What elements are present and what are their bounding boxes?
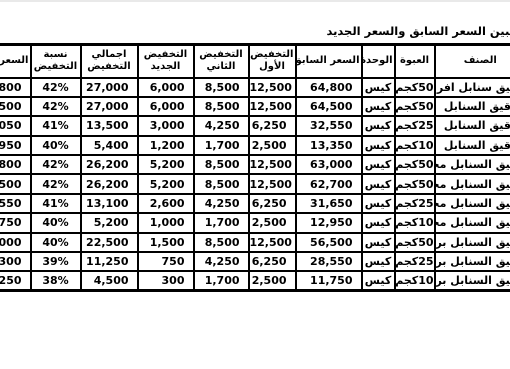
document-page: يبين السعر السابق والسعر الجديد الصنف ال… [0,0,510,369]
cell-discount-first: 12,500 [249,174,296,193]
cell-item: دقيق السنابل بر مطحون [435,252,510,271]
column-header-previous-price: السعر السابق [296,45,362,78]
cell-package: 50كجم [395,174,435,193]
table-row: دقيق السنابل بر مطحون25كجمكيس28,5506,250… [0,252,510,271]
price-comparison-table: الصنف العبوة الوحدة السعر السابق التخفيض… [0,43,510,292]
cell-item: دقيق سنابل افران [435,78,510,97]
cell-package: 50كجم [395,78,435,97]
cell-unit: كيس [362,116,395,135]
cell-discount-new: 3,000 [138,116,194,135]
cell-new-price: 37,500 [0,97,31,116]
cell-previous-price: 63,000 [296,155,362,174]
column-header-discount-first: التخفيض الأول [249,45,296,78]
cell-discount-second: 1,700 [194,213,249,232]
cell-discount-new: 300 [138,271,194,290]
cell-item: دقيق السنابل [435,116,510,135]
cell-discount-total: 22,500 [81,233,138,252]
cell-package: 50كجم [395,155,435,174]
table-header-row: الصنف العبوة الوحدة السعر السابق التخفيض… [0,45,510,78]
cell-unit: كيس [362,174,395,193]
cell-package: 50كجم [395,97,435,116]
cell-unit: كيس [362,252,395,271]
cell-discount-new: 1,500 [138,233,194,252]
table-row: دقيق السنابل بر مطحون50كجمكيس56,50012,50… [0,233,510,252]
cell-discount-percent: 40% [31,213,81,232]
cell-discount-total: 5,200 [81,213,138,232]
cell-previous-price: 32,550 [296,116,362,135]
cell-unit: كيس [362,155,395,174]
cell-discount-percent: 41% [31,194,81,213]
cell-item: دقيق السنابل مخلوط [435,174,510,193]
cell-package: 25كجم [395,194,435,213]
table-row: دقيق السنابل بر مطحون10كجمكيس11,7502,500… [0,271,510,290]
cell-discount-percent: 40% [31,136,81,155]
cell-unit: كيس [362,213,395,232]
cell-discount-first: 6,250 [249,194,296,213]
cell-new-price: 17,300 [0,252,31,271]
cell-discount-second: 4,250 [194,116,249,135]
cell-previous-price: 64,800 [296,78,362,97]
page-top-divider [0,0,510,2]
table-row: دقيق سنابل افران50كجمكيس64,80012,5008,50… [0,78,510,97]
cell-discount-percent: 42% [31,97,81,116]
cell-discount-first: 6,250 [249,116,296,135]
cell-package: 25كجم [395,116,435,135]
cell-discount-first: 2,500 [249,136,296,155]
cell-discount-total: 27,000 [81,97,138,116]
cell-discount-new: 1,000 [138,213,194,232]
column-header-discount-second: التخفيض الثاني [194,45,249,78]
cell-item: دقيق السنابل مخلوط [435,213,510,232]
table-row: دقيق السنابل25كجمكيس32,5506,2504,2503,00… [0,116,510,135]
cell-discount-second: 4,250 [194,252,249,271]
cell-discount-percent: 40% [31,233,81,252]
cell-discount-first: 12,500 [249,97,296,116]
cell-discount-second: 8,500 [194,155,249,174]
column-header-discount-percent: نسبة التخفيض [31,45,81,78]
cell-discount-first: 12,500 [249,233,296,252]
cell-discount-new: 2,600 [138,194,194,213]
cell-discount-total: 4,500 [81,271,138,290]
cell-discount-new: 5,200 [138,174,194,193]
cell-previous-price: 64,500 [296,97,362,116]
column-header-discount-total: اجمالي التخفيض [81,45,138,78]
cell-discount-first: 12,500 [249,78,296,97]
cell-discount-new: 1,200 [138,136,194,155]
cell-item: دقيق السنابل مخلوط افران [435,155,510,174]
column-header-new-price: السعر الجديد [0,45,31,78]
cell-discount-percent: 42% [31,155,81,174]
cell-discount-percent: 42% [31,174,81,193]
cell-package: 10كجم [395,136,435,155]
cell-unit: كيس [362,136,395,155]
table-row: دقيق السنابل50كجمكيس64,50012,5008,5006,0… [0,97,510,116]
cell-discount-percent: 39% [31,252,81,271]
cell-unit: كيس [362,194,395,213]
cell-previous-price: 28,550 [296,252,362,271]
cell-discount-new: 6,000 [138,97,194,116]
cell-package: 10كجم [395,213,435,232]
cell-discount-first: 6,250 [249,252,296,271]
cell-discount-total: 26,200 [81,155,138,174]
table-row: دقيق السنابل مخلوط10كجمكيس12,9502,5001,7… [0,213,510,232]
cell-new-price: 18,550 [0,194,31,213]
cell-unit: كيس [362,271,395,290]
cell-discount-new: 750 [138,252,194,271]
table-title: يبين السعر السابق والسعر الجديد [326,24,510,38]
cell-previous-price: 56,500 [296,233,362,252]
cell-item: دقيق السنابل بر مطحون [435,233,510,252]
table-row: دقيق السنابل مخلوط25كجمكيس31,6506,2504,2… [0,194,510,213]
cell-discount-percent: 41% [31,116,81,135]
cell-package: 10كجم [395,271,435,290]
cell-new-price: 7,250 [0,271,31,290]
cell-new-price: 37,800 [0,78,31,97]
cell-new-price: 7,950 [0,136,31,155]
cell-discount-second: 1,700 [194,136,249,155]
cell-discount-total: 26,200 [81,174,138,193]
column-header-discount-new: التخفيض الجديد [138,45,194,78]
cell-package: 25كجم [395,252,435,271]
cell-previous-price: 12,950 [296,213,362,232]
cell-unit: كيس [362,97,395,116]
cell-new-price: 19,050 [0,116,31,135]
table-row: دقيق السنابل مخلوط50كجمكيس62,70012,5008,… [0,174,510,193]
cell-discount-second: 8,500 [194,233,249,252]
cell-discount-total: 5,400 [81,136,138,155]
cell-previous-price: 31,650 [296,194,362,213]
cell-new-price: 34,000 [0,233,31,252]
cell-previous-price: 13,350 [296,136,362,155]
cell-discount-first: 2,500 [249,271,296,290]
cell-discount-total: 13,500 [81,116,138,135]
cell-package: 50كجم [395,233,435,252]
cell-discount-total: 13,100 [81,194,138,213]
cell-discount-new: 6,000 [138,78,194,97]
cell-previous-price: 62,700 [296,174,362,193]
cell-unit: كيس [362,233,395,252]
cell-previous-price: 11,750 [296,271,362,290]
table-row: دقيق السنابل مخلوط افران50كجمكيس63,00012… [0,155,510,174]
cell-discount-second: 8,500 [194,97,249,116]
cell-discount-total: 11,250 [81,252,138,271]
table-row: دقيق السنابل10كجمكيس13,3502,5001,7001,20… [0,136,510,155]
column-header-package: العبوة [395,45,435,78]
table-body: دقيق سنابل افران50كجمكيس64,80012,5008,50… [0,78,510,291]
column-header-unit: الوحدة [362,45,395,78]
cell-discount-second: 8,500 [194,78,249,97]
cell-new-price: 7,750 [0,213,31,232]
cell-new-price: 36,500 [0,174,31,193]
cell-discount-percent: 38% [31,271,81,290]
cell-discount-first: 2,500 [249,213,296,232]
column-header-item: الصنف [435,45,510,78]
cell-discount-percent: 42% [31,78,81,97]
cell-item: دقيق السنابل بر مطحون [435,271,510,290]
cell-item: دقيق السنابل [435,136,510,155]
cell-item: دقيق السنابل مخلوط [435,194,510,213]
cell-unit: كيس [362,78,395,97]
cell-discount-second: 8,500 [194,174,249,193]
cell-discount-second: 4,250 [194,194,249,213]
cell-new-price: 36,800 [0,155,31,174]
cell-item: دقيق السنابل [435,97,510,116]
cell-discount-first: 12,500 [249,155,296,174]
cell-discount-total: 27,000 [81,78,138,97]
cell-discount-new: 5,200 [138,155,194,174]
cell-discount-second: 1,700 [194,271,249,290]
